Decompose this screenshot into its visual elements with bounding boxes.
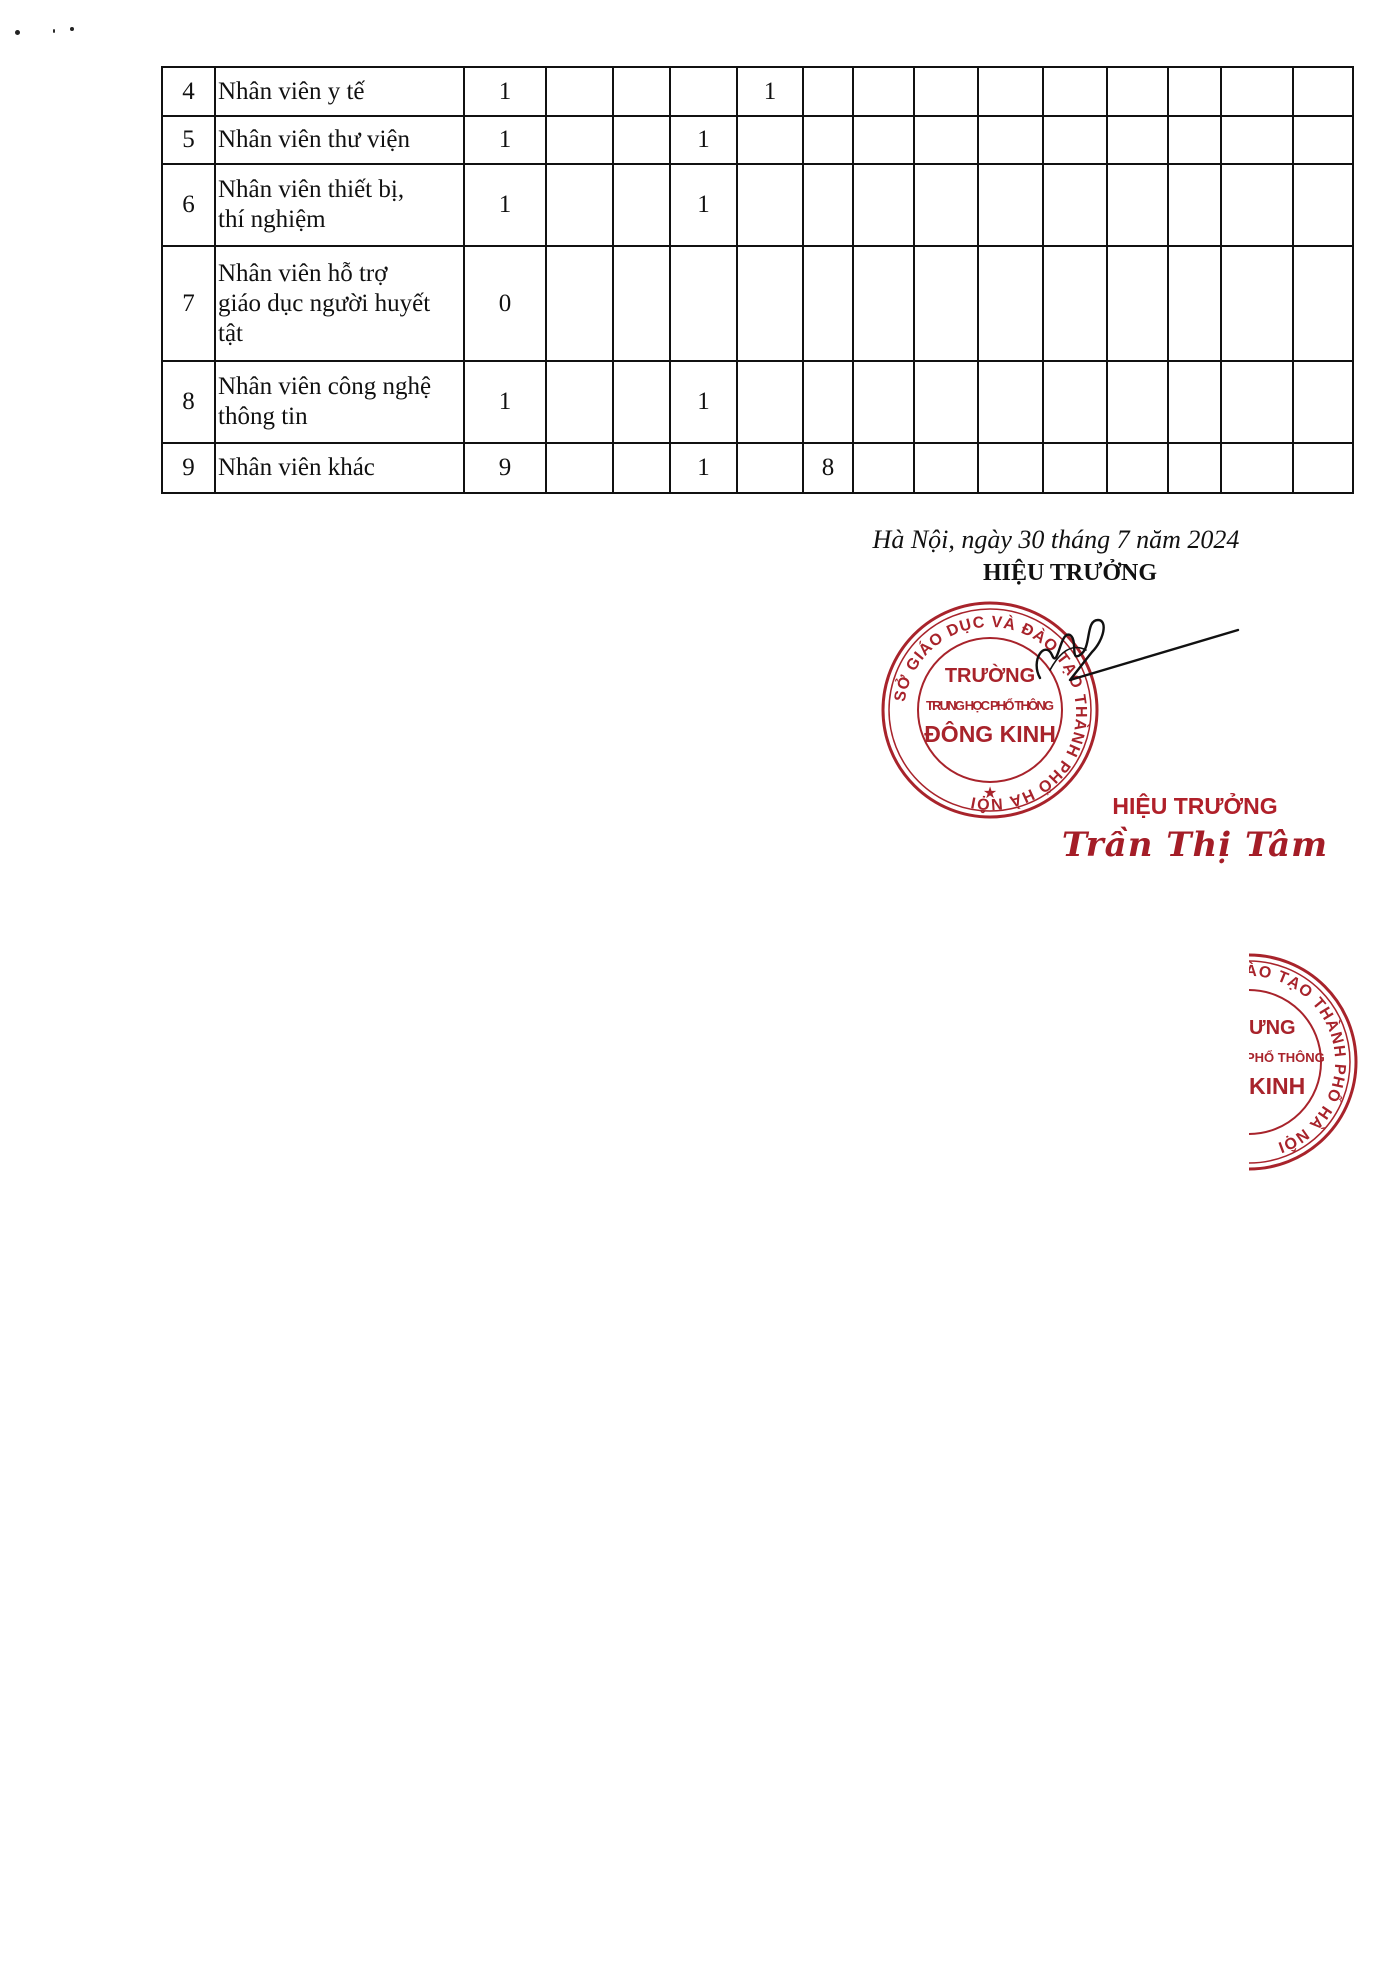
- count-cell: [1107, 443, 1168, 493]
- staff-table-body: 4Nhân viên y tế115Nhân viên thư viện116N…: [162, 67, 1353, 493]
- table-row: 5Nhân viên thư viện11: [162, 116, 1353, 164]
- count-cell: [1293, 164, 1353, 246]
- count-cell: [1293, 361, 1353, 443]
- staff-type-cell: Nhân viên khác: [215, 443, 464, 493]
- table-row: 9Nhân viên khác918: [162, 443, 1353, 493]
- count-cell: [1043, 67, 1107, 116]
- total-cell: 9: [464, 443, 546, 493]
- edge-seal-line-1: ƯNG: [1249, 1017, 1296, 1039]
- count-cell: [737, 361, 803, 443]
- total-cell: 1: [464, 164, 546, 246]
- count-cell: [1221, 116, 1293, 164]
- scan-speck: [53, 29, 55, 33]
- scan-speck: [70, 27, 74, 31]
- count-cell: [978, 164, 1043, 246]
- staff-type-cell: Nhân viên thiết bị,thí nghiệm: [215, 164, 464, 246]
- signer-title: HIỆU TRƯỞNG: [900, 560, 1240, 587]
- count-cell: [1221, 164, 1293, 246]
- count-cell: [1107, 67, 1168, 116]
- staff-type-line: Nhân viên hỗ trợ: [218, 259, 463, 289]
- staff-type-line: Nhân viên y tế: [218, 77, 463, 107]
- table-row: 8Nhân viên công nghệthông tin11: [162, 361, 1353, 443]
- count-cell: [1107, 116, 1168, 164]
- row-number-cell: 9: [162, 443, 215, 493]
- count-cell: [1043, 443, 1107, 493]
- count-cell: [1293, 116, 1353, 164]
- count-cell: [1221, 67, 1293, 116]
- seal-line-2: TRUNG HỌC PHỔ THÔNG: [926, 698, 1054, 713]
- count-cell: [853, 246, 914, 361]
- count-cell: [1043, 116, 1107, 164]
- date-line: Hà Nội, ngày 30 tháng 7 năm 2024: [836, 525, 1276, 555]
- staff-type-cell: Nhân viên y tế: [215, 67, 464, 116]
- count-cell: [1168, 67, 1221, 116]
- count-cell: [1043, 246, 1107, 361]
- count-cell: [803, 116, 853, 164]
- count-cell: [613, 116, 670, 164]
- row-number-cell: 4: [162, 67, 215, 116]
- count-cell: [978, 67, 1043, 116]
- count-cell: [978, 246, 1043, 361]
- edge-seal-line-2: PHỔ THÔNG: [1249, 1050, 1325, 1065]
- count-cell: [613, 246, 670, 361]
- count-cell: [853, 164, 914, 246]
- row-number-cell: 6: [162, 164, 215, 246]
- table-row: 7Nhân viên hỗ trợgiáo dục người huyếttật…: [162, 246, 1353, 361]
- count-cell: 1: [670, 443, 737, 493]
- count-cell: [978, 443, 1043, 493]
- staff-type-cell: Nhân viên thư viện: [215, 116, 464, 164]
- row-number-cell: 7: [162, 246, 215, 361]
- count-cell: [1293, 246, 1353, 361]
- staff-type-line: thí nghiệm: [218, 205, 463, 235]
- count-cell: [853, 361, 914, 443]
- count-cell: [613, 361, 670, 443]
- count-cell: [546, 67, 613, 116]
- count-cell: [1168, 361, 1221, 443]
- row-number-cell: 5: [162, 116, 215, 164]
- signer-name: Trần Thị Tâm: [1055, 825, 1335, 865]
- count-cell: [914, 361, 978, 443]
- count-cell: 1: [670, 164, 737, 246]
- count-cell: [914, 246, 978, 361]
- count-cell: [853, 443, 914, 493]
- count-cell: [914, 116, 978, 164]
- staff-type-cell: Nhân viên công nghệthông tin: [215, 361, 464, 443]
- count-cell: [737, 164, 803, 246]
- staff-type-line: Nhân viên khác: [218, 453, 463, 483]
- count-cell: [737, 443, 803, 493]
- seal-line-3: ĐÔNG KINH: [924, 720, 1056, 747]
- staff-type-line: Nhân viên thiết bị,: [218, 175, 463, 205]
- edge-seal-clip: ĐÀO TẠO THÀNH PHỐ HÀ NỘI ƯNG PHỔ THÔNG K…: [1249, 950, 1359, 1175]
- count-cell: 1: [737, 67, 803, 116]
- count-cell: [737, 116, 803, 164]
- count-cell: [1221, 361, 1293, 443]
- count-cell: [853, 116, 914, 164]
- count-cell: [613, 67, 670, 116]
- stamp-title: HIỆU TRƯỞNG: [1100, 793, 1290, 820]
- count-cell: [1168, 164, 1221, 246]
- count-cell: [613, 164, 670, 246]
- count-cell: [546, 116, 613, 164]
- seal-star-icon: ★: [983, 785, 997, 802]
- staff-type-line: thông tin: [218, 402, 463, 432]
- count-cell: [1168, 116, 1221, 164]
- count-cell: [914, 67, 978, 116]
- count-cell: [803, 164, 853, 246]
- staff-type-line: tật: [218, 319, 463, 349]
- count-cell: [1043, 164, 1107, 246]
- staff-type-line: giáo dục người huyết: [218, 289, 463, 319]
- count-cell: [1221, 246, 1293, 361]
- edge-seal: ĐÀO TẠO THÀNH PHỐ HÀ NỘI ƯNG PHỔ THÔNG K…: [1249, 950, 1359, 1175]
- total-cell: 1: [464, 116, 546, 164]
- count-cell: [737, 246, 803, 361]
- table-row: 4Nhân viên y tế11: [162, 67, 1353, 116]
- staff-table: 4Nhân viên y tế115Nhân viên thư viện116N…: [161, 66, 1354, 494]
- total-cell: 0: [464, 246, 546, 361]
- count-cell: [670, 246, 737, 361]
- count-cell: [546, 361, 613, 443]
- count-cell: [613, 443, 670, 493]
- total-cell: 1: [464, 67, 546, 116]
- count-cell: [1168, 443, 1221, 493]
- row-number-cell: 8: [162, 361, 215, 443]
- count-cell: [914, 443, 978, 493]
- count-cell: [1107, 246, 1168, 361]
- count-cell: 8: [803, 443, 853, 493]
- count-cell: 1: [670, 361, 737, 443]
- count-cell: [853, 67, 914, 116]
- staff-type-cell: Nhân viên hỗ trợgiáo dục người huyếttật: [215, 246, 464, 361]
- edge-seal-line-3: KINH: [1249, 1073, 1305, 1099]
- count-cell: [914, 164, 978, 246]
- count-cell: 1: [670, 116, 737, 164]
- count-cell: [546, 246, 613, 361]
- handwritten-signature: [1000, 600, 1250, 700]
- count-cell: [546, 443, 613, 493]
- count-cell: [1221, 443, 1293, 493]
- total-cell: 1: [464, 361, 546, 443]
- count-cell: [1293, 67, 1353, 116]
- staff-type-line: Nhân viên công nghệ: [218, 372, 463, 402]
- count-cell: [1293, 443, 1353, 493]
- count-cell: [670, 67, 737, 116]
- count-cell: [546, 164, 613, 246]
- count-cell: [1107, 361, 1168, 443]
- count-cell: [1107, 164, 1168, 246]
- count-cell: [1168, 246, 1221, 361]
- count-cell: [978, 361, 1043, 443]
- count-cell: [803, 67, 853, 116]
- staff-type-line: Nhân viên thư viện: [218, 125, 463, 155]
- count-cell: [1043, 361, 1107, 443]
- count-cell: [803, 361, 853, 443]
- count-cell: [803, 246, 853, 361]
- scan-speck: [15, 30, 20, 35]
- table-row: 6Nhân viên thiết bị,thí nghiệm11: [162, 164, 1353, 246]
- count-cell: [978, 116, 1043, 164]
